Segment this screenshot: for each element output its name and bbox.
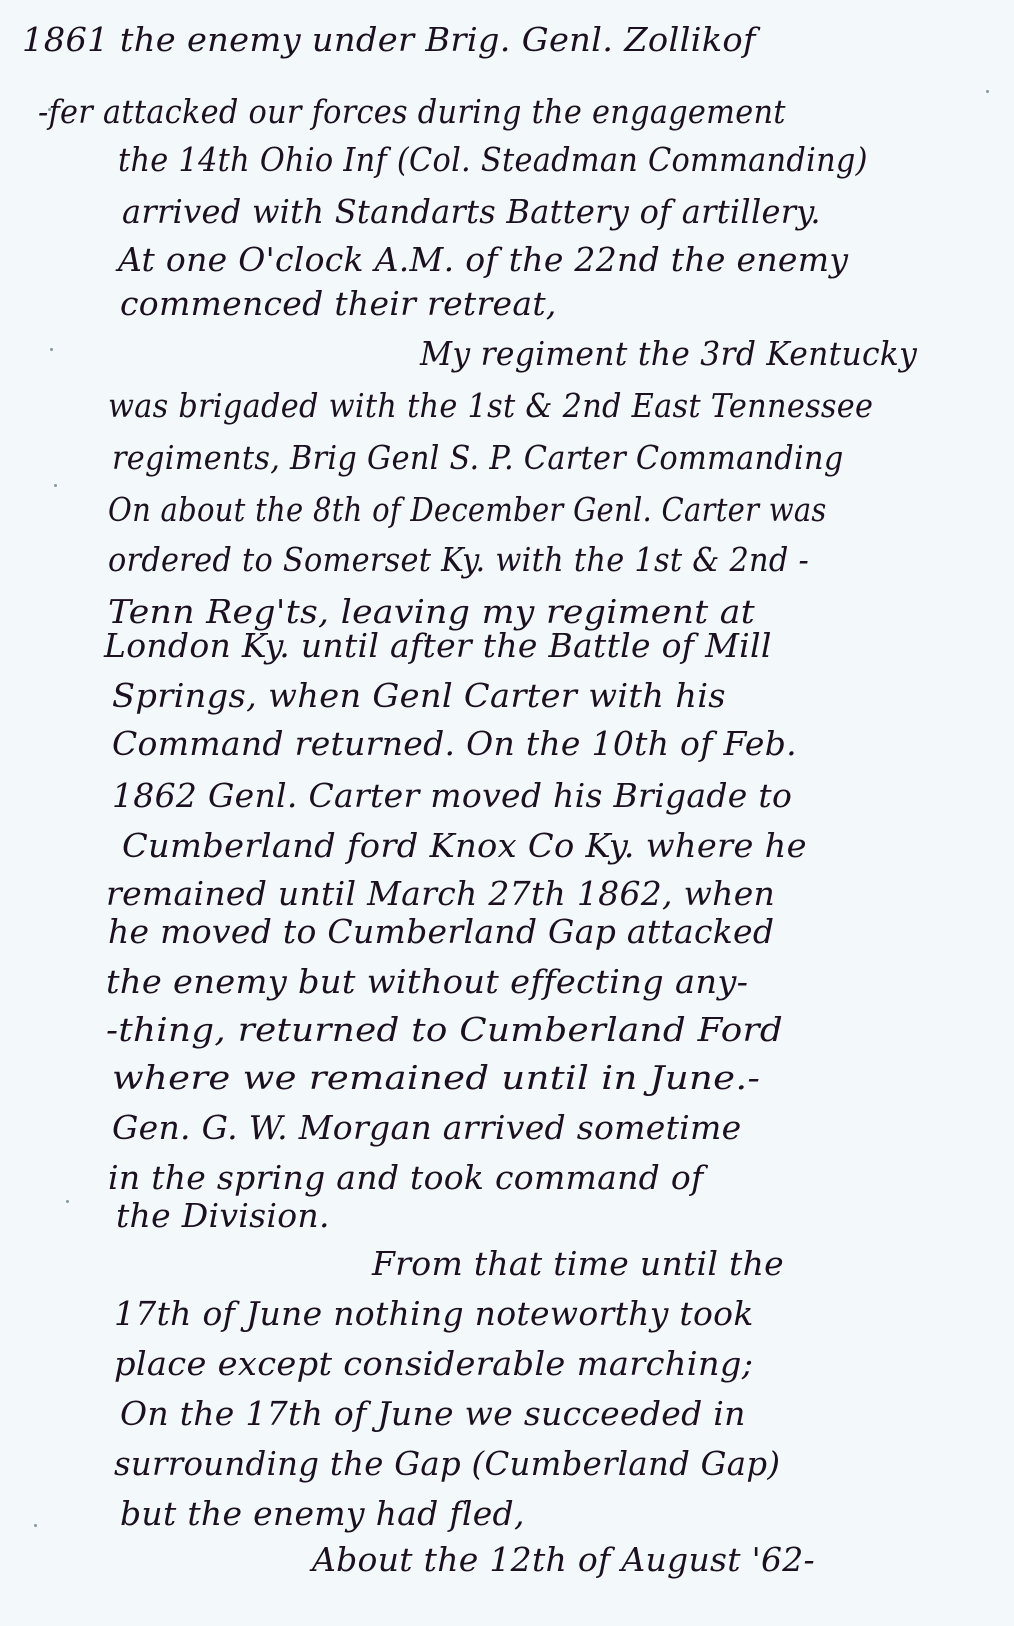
paper-speck [50,348,53,351]
manuscript-line: Command returned. On the 10th of Feb. [112,724,797,763]
manuscript-line: My regiment the 3rd Kentucky [420,334,917,373]
paper-speck [48,108,51,111]
manuscript-line: London Ky. until after the Battle of Mil… [104,626,772,665]
manuscript-line: where we remained until in June.- [112,1058,760,1097]
manuscript-line: the 14th Ohio Inf (Col. Steadman Command… [118,140,868,179]
manuscript-line: 1862 Genl. Carter moved his Brigade to [112,776,792,815]
manuscript-line: On about the 8th of December Genl. Carte… [108,490,827,529]
manuscript-line: 17th of June nothing noteworthy took [114,1294,754,1333]
manuscript-line: Cumberland ford Knox Co Ky. where he [122,826,807,865]
manuscript-line: 1861 the enemy under Brig. Genl. Zolliko… [22,20,756,59]
manuscript-line: commenced their retreat, [120,284,557,323]
paper-speck [66,1200,69,1203]
manuscript-line: -fer attacked our forces during the enga… [38,92,786,131]
manuscript-line: arrived with Standarts Battery of artill… [122,192,821,231]
manuscript-line: From that time until the [372,1244,784,1283]
manuscript-line: but the enemy had fled, [120,1494,525,1533]
manuscript-line: the enemy but without effecting any- [106,962,748,1001]
manuscript-line: the Division. [116,1196,330,1235]
manuscript-line: was brigaded with the 1st & 2nd East Ten… [108,386,873,425]
manuscript-line: place except considerable marching; [114,1344,753,1383]
paper-speck [34,1524,37,1527]
paper-speck [986,90,989,93]
manuscript-line: At one O'clock A.M. of the 22nd the enem… [118,240,848,279]
manuscript-line: Springs, when Genl Carter with his [112,676,726,715]
manuscript-line: About the 12th of August '62- [312,1540,815,1579]
manuscript-line: in the spring and took command of [108,1158,704,1197]
manuscript-line: remained until March 27th 1862, when [106,874,775,913]
manuscript-line: ordered to Somerset Ky. with the 1st & 2… [108,540,809,579]
manuscript-line: he moved to Cumberland Gap attacked [108,912,774,951]
manuscript-line: On the 17th of June we succeeded in [120,1394,746,1433]
paper-speck [54,484,57,487]
manuscript-line: Gen. G. W. Morgan arrived sometime [112,1108,741,1147]
manuscript-page: 1861 the enemy under Brig. Genl. Zolliko… [0,0,1014,1626]
manuscript-line: regiments, Brig Genl S. P. Carter Comman… [112,438,844,477]
manuscript-line: surrounding the Gap (Cumberland Gap) [114,1444,780,1483]
manuscript-line: -thing, returned to Cumberland Ford [106,1010,783,1049]
